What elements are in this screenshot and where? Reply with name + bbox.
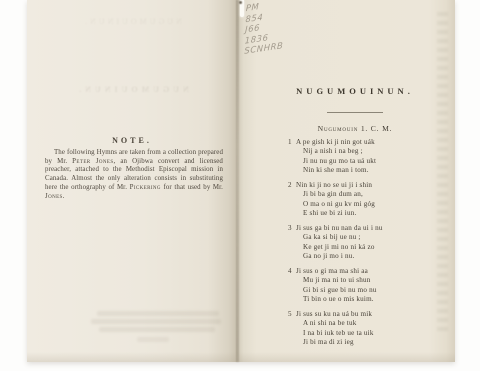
note-text-segment: for that used by Mr. [161,184,223,191]
verse-line: E shi ue bi zi iun. [288,209,383,218]
gutter-shadow [236,0,239,362]
verse-number: 2 [288,181,296,190]
hymn-verse: 4Ji sus o gi ma ma shi aaMu ji ma ni to … [288,267,383,304]
hymn-verses: 1A pe gish ki ji nin got uákNij a nish i… [288,138,383,353]
verse-line: A ni shi na be tuk [288,319,383,328]
verse-line: Gi bi si gue bi nu mo nu [288,286,383,295]
show-through-smudge [137,337,169,342]
show-through-smudge [99,327,215,332]
verse-line: 1A pe gish ki ji nin got uák [288,138,383,147]
show-through-text: NUGUMOUINUN. [27,85,237,94]
hymn-verse: 5Ji sus su ku na uá bu mikA ni shi na be… [288,310,383,347]
verse-line: Nin ki she man i tom. [288,166,383,175]
note-heading: NOTE. [27,136,237,145]
verse-number: 5 [288,310,296,319]
right-page: NUGUMOUINUN. Nugumouin 1. C. M. 1A pe gi… [237,0,455,362]
verse-line: 5Ji sus su ku na uá bu mik [288,310,383,319]
verse-number: 3 [288,224,296,233]
verse-number: 1 [288,138,296,147]
verse-line: Ji bi ba gin dum an, [288,190,383,199]
divider-rule [327,112,383,113]
hymn-verse: 1A pe gish ki ji nin got uákNij a nish i… [288,138,383,175]
verse-line: Ti bin o ue o mis kuim. [288,295,383,304]
verse-line: Ga no ji mo i nu. [288,252,383,261]
scanned-book-photo: NUGUMOUINUN. NUGUMOUINUN. NOTE. The foll… [0,0,480,371]
pencil-call-number: PM854J661836SCNHRB [244,0,285,57]
show-through-text: NUGUMOUINUN. [27,17,237,26]
verse-line: Ji nu nu gu mo ta uá ukt [288,157,383,166]
note-name-smallcaps: Peter Jones [72,158,113,165]
note-name-smallcaps: Pickering [130,184,161,191]
verse-line: I na bi iuk teb ue ta uik [288,329,383,338]
hymn-verse: 2Nin ki ji no se ui ji i shinJi bi ba gi… [288,181,383,218]
show-through-column [437,12,448,334]
verse-line: Ga ka si bij ue nu ; [288,233,383,242]
verse-line: 4Ji sus o gi ma ma shi aa [288,267,383,276]
verse-line: Nij a nish i na beg ; [288,147,383,156]
verse-line: Ji bi ma di zi ieg [288,338,383,347]
verse-number: 4 [288,267,296,276]
hymn-section-title: NUGUMOUINUN. [255,86,455,96]
verse-line: Ke get ji mi no ni ká zo [288,243,383,252]
show-through-smudge [91,319,221,324]
note-paragraph: The following Hymns are taken from a col… [45,149,223,201]
note-name-smallcaps: Jones [45,193,63,200]
left-page: NUGUMOUINUN. NUGUMOUINUN. NOTE. The foll… [27,0,237,362]
verse-line: 2Nin ki ji no se ui ji i shin [288,181,383,190]
show-through-smudge [97,311,219,316]
open-book: NUGUMOUINUN. NUGUMOUINUN. NOTE. The foll… [27,0,455,362]
note-text-segment: . [63,193,65,200]
gutter-speck [239,1,242,4]
hymn-verse: 3Ji sus ga bi nu nan da ui i nuGa ka si … [288,224,383,261]
verse-line: O ma o ni gu kv mi góg [288,200,383,209]
verse-line: 3Ji sus ga bi nu nan da ui i nu [288,224,383,233]
hymn-subtitle: Nugumouin 1. C. M. [255,124,455,133]
verse-line: Mu ji ma ni to ui shun [288,276,383,285]
